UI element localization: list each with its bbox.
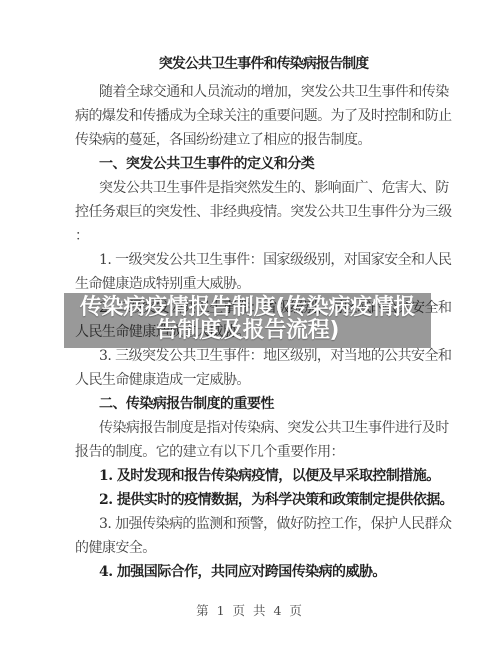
body-line: 1. 及时发现和报告传染病疫情，以便及早采取控制措施。: [75, 464, 452, 488]
body-line: 传染病报告制度是指对传染病、突发公共卫生事件进行及时: [75, 416, 452, 440]
body-line: 2. 提供实时的疫情数据，为科学决策和政策制定提供依据。: [75, 488, 452, 512]
watermark-title-line2: 告制度及报告流程): [64, 319, 431, 342]
body-line: ：: [75, 224, 452, 248]
page-number-text: 第 1 页 共 4 页: [196, 603, 304, 618]
body-line: 人民生命健康造成一定威胁。: [75, 368, 452, 392]
watermark-title-line1: 传染病疫情报告制度(传染病疫情报: [64, 296, 431, 319]
document-title: 突发公共卫生事件和传染病报告制度: [75, 52, 452, 76]
body-line: 突发公共卫生事件是指突然发生的、影响面广、危害大、防: [75, 176, 452, 200]
document-page: 突发公共卫生事件和传染病报告制度 随着全球交通和人员流动的增加，突发公共卫生事件…: [0, 0, 500, 647]
body-line: 1. 一级突发公共卫生事件：国家级级别，对国家安全和人民: [75, 248, 452, 272]
watermark-title: 传染病疫情报告制度(传染病疫情报 告制度及报告流程): [64, 296, 431, 342]
page-footer: 第 1 页 共 4 页: [0, 600, 500, 622]
body-line: 传染病的蔓延，各国纷纷建立了相应的报告制度。: [75, 128, 452, 152]
body-line: 病的爆发和传播成为全球关注的重要问题。为了及时控制和防止: [75, 104, 452, 128]
body-line: 控任务艰巨的突发性、非经典疫情。突发公共卫生事件分为三级: [75, 200, 452, 224]
body-line: 随着全球交通和人员流动的增加，突发公共卫生事件和传染: [75, 80, 452, 104]
watermark-banner: 传染病疫情报告制度(传染病疫情报 告制度及报告流程): [64, 293, 431, 348]
body-line: 3. 加强传染病的监测和预警，做好防控工作，保护人民群众: [75, 512, 452, 536]
section-heading: 二、传染病报告制度的重要性: [75, 392, 452, 416]
body-line: 4. 加强国际合作，共同应对跨国传染病的威胁。: [75, 560, 452, 584]
body-line: 报告的制度。它的建立有以下几个重要作用：: [75, 440, 452, 464]
body-line: 的健康安全。: [75, 536, 452, 560]
section-heading: 一、突发公共卫生事件的定义和分类: [75, 152, 452, 176]
